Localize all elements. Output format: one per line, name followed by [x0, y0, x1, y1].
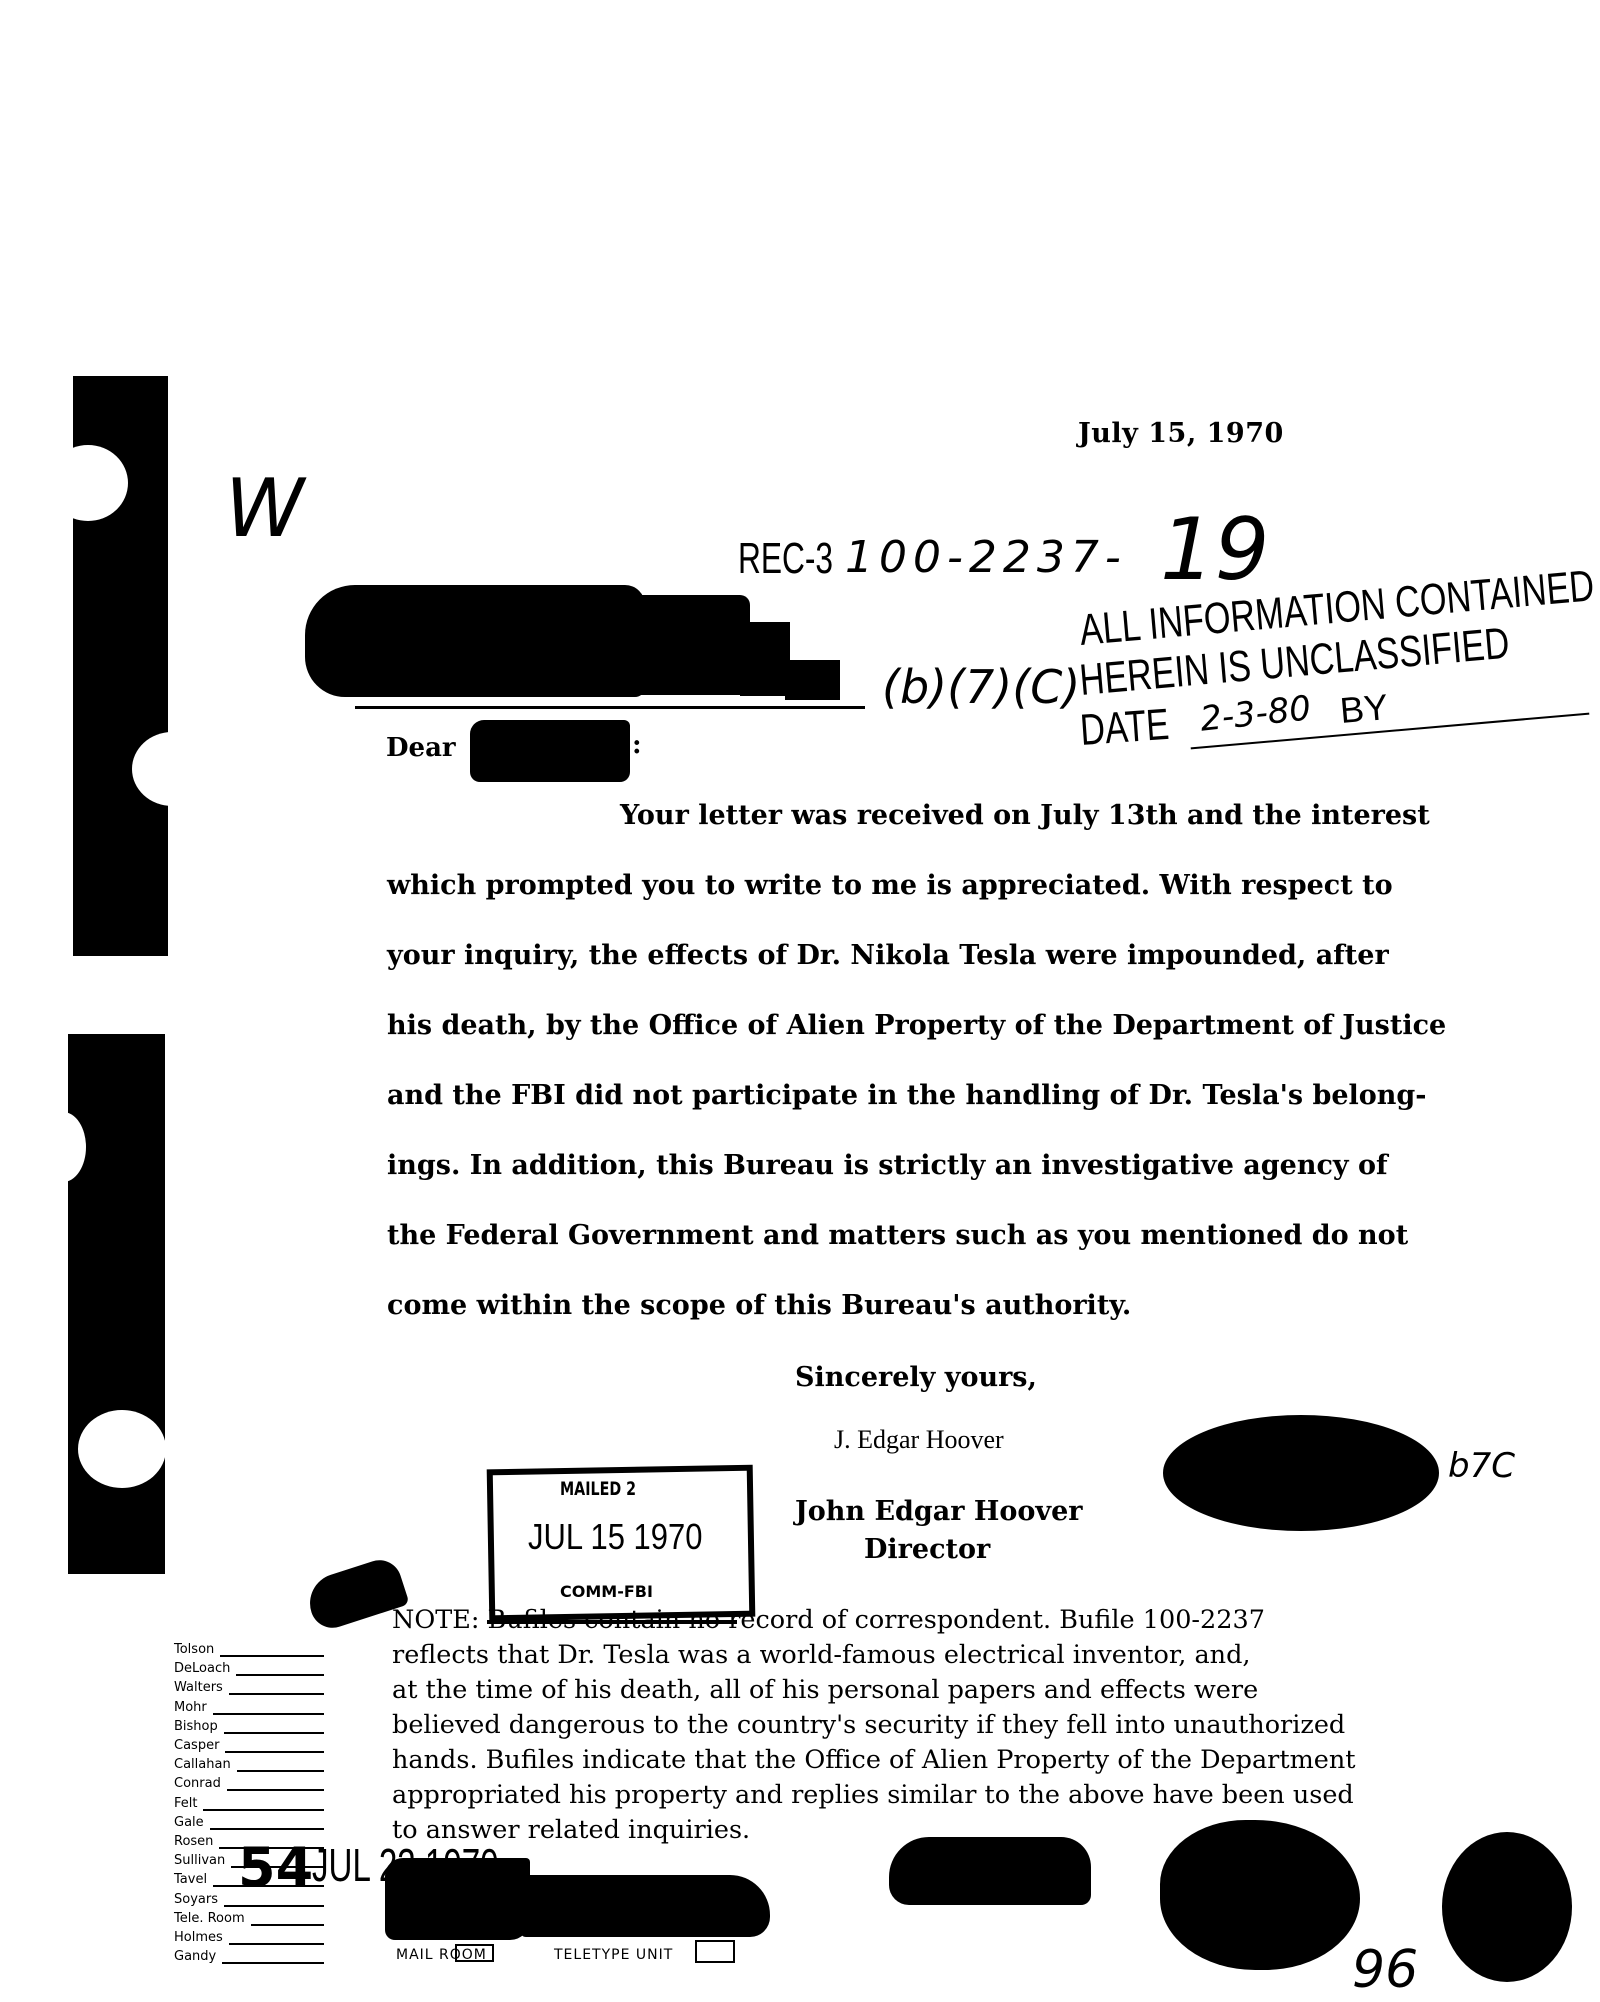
routing-rule [225, 1743, 324, 1753]
routing-rule [222, 1954, 324, 1964]
punch-hole [132, 732, 212, 806]
routing-name: Gandy [174, 1949, 216, 1964]
declass-date: 2-3-80 [1198, 688, 1313, 739]
redacted-address-block [305, 585, 645, 697]
routing-name: Tolson [174, 1642, 214, 1657]
declass-by-label: BY [1338, 686, 1390, 732]
routing-rule [213, 1705, 324, 1715]
routing-entry: Bishop [174, 1719, 324, 1734]
routing-name: Tele. Room [174, 1911, 245, 1926]
routing-entry: Gale [174, 1815, 324, 1830]
note-line: at the time of his death, all of his per… [392, 1675, 1258, 1705]
routing-rule [236, 1666, 324, 1676]
page-number: 96 [1352, 1940, 1418, 2000]
address-underline [355, 706, 865, 709]
redacted-blot [385, 1858, 530, 1940]
routing-name: Tavel [174, 1872, 207, 1887]
routing-rule [203, 1801, 324, 1811]
routing-name: Conrad [174, 1776, 221, 1791]
strikethrough-mark [487, 1620, 737, 1624]
redacted-blot [889, 1837, 1091, 1905]
punch-hole [78, 1410, 166, 1488]
body-line: which prompted you to write to me is app… [387, 870, 1393, 901]
routing-entry: Walters [174, 1680, 324, 1695]
routing-name: DeLoach [174, 1661, 230, 1676]
handwritten-initial: W [225, 462, 304, 555]
redacted-blot [1160, 1820, 1360, 1970]
file-number: 100-2237- [845, 532, 1127, 583]
teletype-unit-checkbox [695, 1940, 735, 1963]
salutation-prefix: Dear [386, 733, 456, 763]
typed-signature: J. Edgar Hoover [834, 1425, 1004, 1455]
punch-hole [48, 445, 128, 521]
exemption-mark: b7C [1448, 1448, 1488, 1484]
mailed-stamp-label: MAILED 2 [560, 1478, 636, 1500]
routing-rule [224, 1724, 324, 1734]
redacted-recipient-name [470, 720, 630, 782]
routing-name: Holmes [174, 1930, 223, 1945]
routing-rule [229, 1685, 324, 1695]
exemption-mark: (b)(7)(C) [882, 660, 1080, 714]
routing-entry: Tolson [174, 1642, 324, 1657]
body-line: the Federal Government and matters such … [387, 1220, 1408, 1251]
note-line: believed dangerous to the country's secu… [392, 1710, 1345, 1740]
mailed-stamp-org: COMM-FBI [560, 1582, 653, 1601]
routing-rule [210, 1820, 324, 1830]
routing-entry: Callahan [174, 1757, 324, 1772]
routing-name: Mohr [174, 1700, 207, 1715]
redacted-blot [520, 1875, 770, 1937]
body-line: Your letter was received on July 13th an… [620, 800, 1430, 831]
note-line: hands. Bufiles indicate that the Office … [392, 1745, 1356, 1775]
routing-name: Soyars [174, 1892, 218, 1907]
punch-hole [40, 1112, 86, 1182]
redacted-blot [1442, 1832, 1572, 1982]
note-line: appropriated his property and replies si… [392, 1780, 1354, 1810]
signatory-title: Director [864, 1534, 990, 1565]
routing-name: Walters [174, 1680, 223, 1695]
redacted-address-block [740, 622, 790, 696]
routing-entry: DeLoach [174, 1661, 324, 1676]
note-line: reflects that Dr. Tesla was a world-famo… [392, 1640, 1251, 1670]
declass-stamp-date-label: DATE [1079, 700, 1171, 756]
routing-entry: Conrad [174, 1776, 324, 1791]
letter-date: July 15, 1970 [1078, 418, 1284, 449]
routing-name: Gale [174, 1815, 204, 1830]
routing-name: Bishop [174, 1719, 218, 1734]
routing-rule [237, 1762, 324, 1772]
valediction: Sincerely yours, [795, 1362, 1037, 1393]
routing-entry: Casper [174, 1738, 324, 1753]
routing-entry: Tele. Room [174, 1911, 324, 1926]
mailed-stamp-date: JUL 15 1970 [528, 1516, 702, 1558]
body-line: ings. In addition, this Bureau is strict… [387, 1150, 1388, 1181]
file-serial: 19 [1160, 500, 1269, 600]
body-line: come within the scope of this Bureau's a… [387, 1290, 1131, 1321]
mail-room-checkbox [455, 1944, 494, 1962]
routing-entry: Felt [174, 1796, 324, 1811]
routing-rule [220, 1647, 324, 1657]
signatory-name: John Edgar Hoover [795, 1496, 1083, 1527]
teletype-unit-label: TELETYPE UNIT [554, 1947, 673, 1963]
rec-stamp: REC-3 [738, 534, 833, 584]
routing-entry: Mohr [174, 1700, 324, 1715]
routing-rule [229, 1935, 324, 1945]
routing-rule [251, 1916, 324, 1926]
body-line: and the FBI did not participate in the h… [387, 1080, 1427, 1111]
routing-rule [227, 1781, 324, 1791]
routing-name: Rosen [174, 1834, 213, 1849]
binder-strip-bottom [68, 1034, 165, 1574]
routing-name: Callahan [174, 1757, 231, 1772]
routing-entry: Holmes [174, 1930, 324, 1945]
routing-entry: Gandy [174, 1949, 324, 1964]
body-line: his death, by the Office of Alien Proper… [387, 1010, 1446, 1041]
salutation-colon: : [632, 730, 642, 760]
routing-name: Felt [174, 1796, 197, 1811]
redacted-address-block [640, 595, 750, 695]
redacted-address-block [785, 660, 840, 700]
redacted-blot [1163, 1415, 1439, 1531]
received-stamp-number: 54 [238, 1836, 313, 1899]
routing-name: Sullivan [174, 1853, 225, 1868]
body-line: your inquiry, the effects of Dr. Nikola … [387, 940, 1389, 971]
routing-name: Casper [174, 1738, 219, 1753]
